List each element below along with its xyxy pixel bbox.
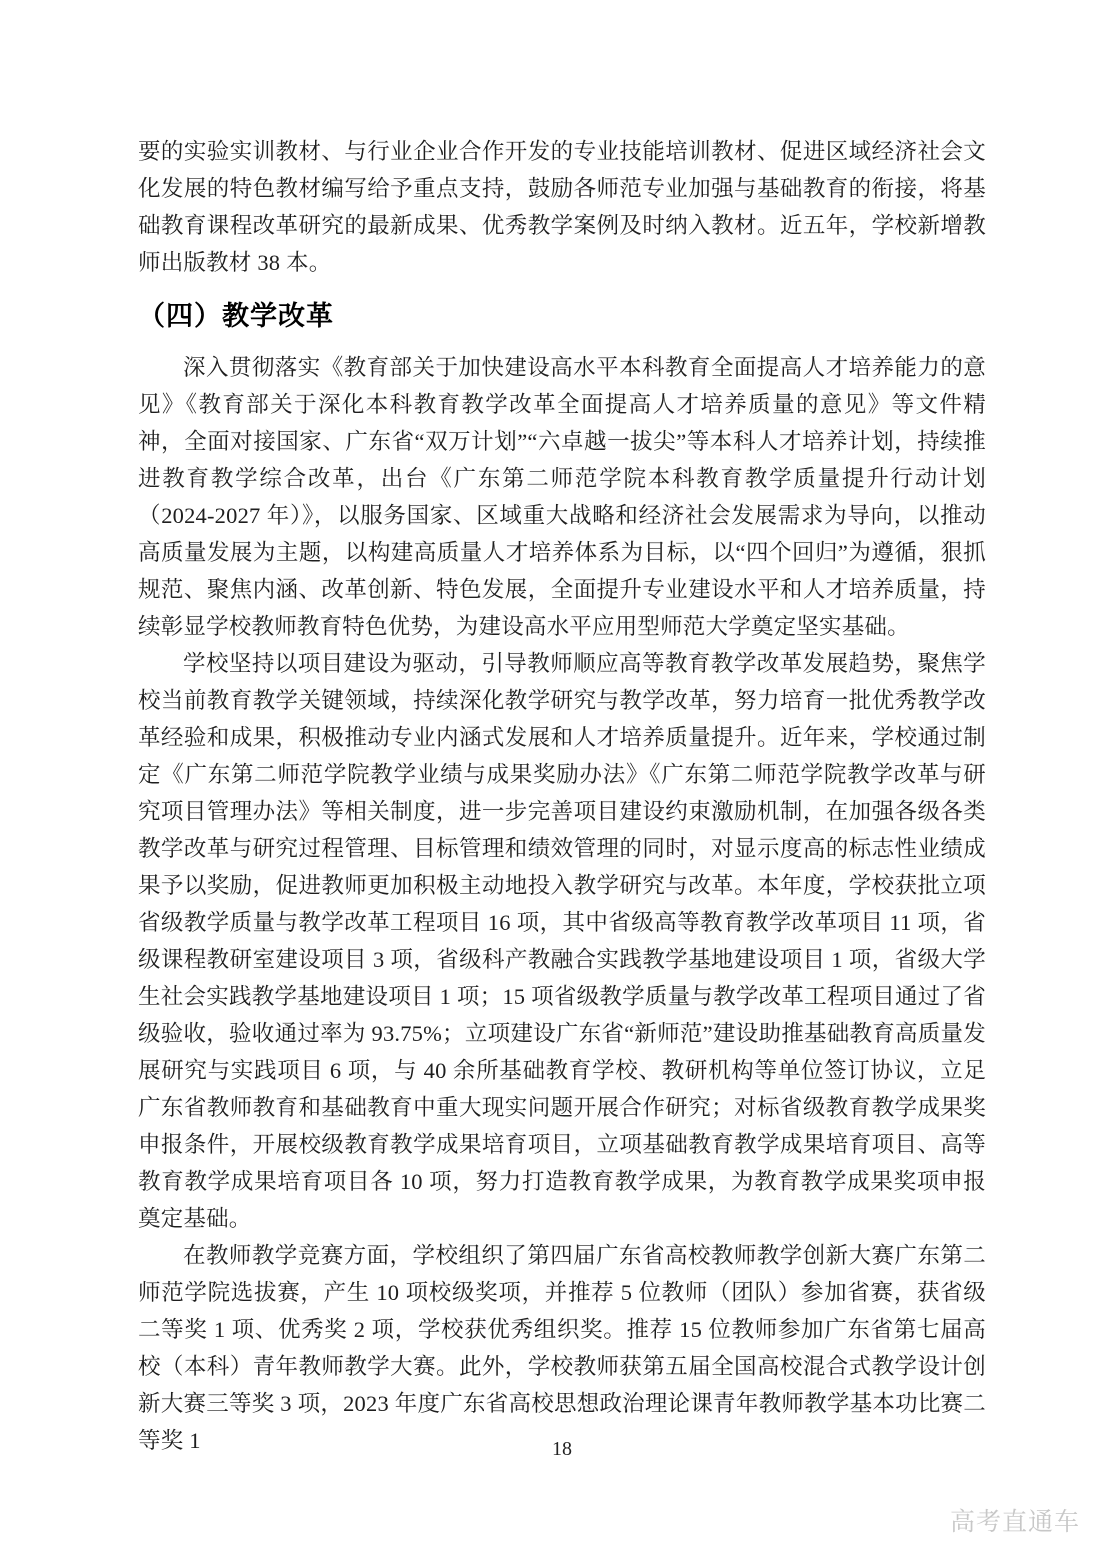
watermark-text: 高考直通车 [950, 1502, 1080, 1538]
paragraph-teaching-competitions: 在教师教学竞赛方面，学校组织了第四届广东省高校教师教学创新大赛广东第二师范学院选… [138, 1237, 986, 1459]
paragraph-project-driven-reform: 学校坚持以项目建设为驱动，引导教师顺应高等教育教学改革发展趋势，聚焦学校当前教育… [138, 645, 986, 1237]
page-number: 18 [138, 1438, 986, 1461]
section-heading-teaching-reform: （四）教学改革 [138, 296, 986, 336]
paragraph-textbook-support: 要的实验实训教材、与行业企业合作开发的专业技能培训教材、促进区域经济社会文化发展… [138, 133, 986, 281]
document-page: 要的实验实训教材、与行业企业合作开发的专业技能培训教材、促进区域经济社会文化发展… [0, 0, 1102, 1559]
paragraph-policy-implementation: 深入贯彻落实《教育部关于加快建设高水平本科教育全面提高人才培养能力的意见》《教育… [138, 349, 986, 645]
page-content: 要的实验实训教材、与行业企业合作开发的专业技能培训教材、促进区域经济社会文化发展… [138, 133, 986, 1459]
